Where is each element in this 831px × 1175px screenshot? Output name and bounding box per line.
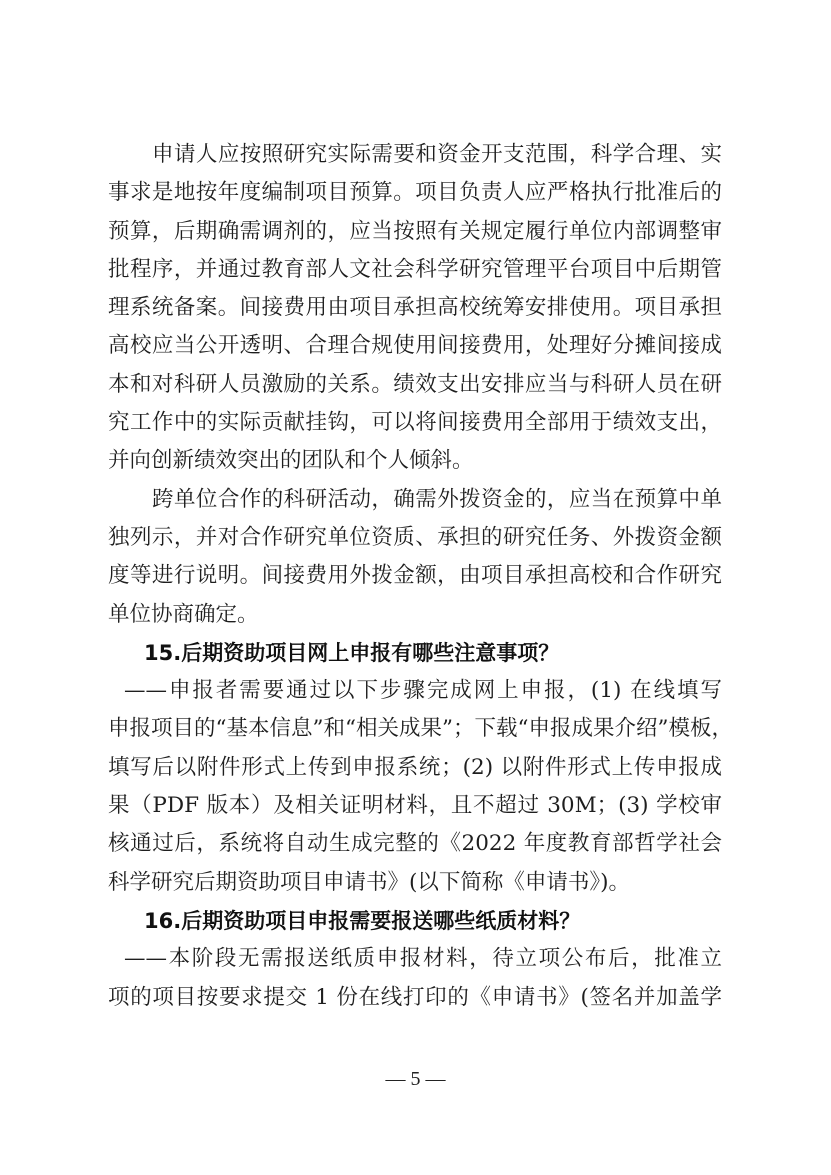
text-line: 理系统备案。间接费用由项目承担高校统筹安排使用。项目承担 [108,289,722,327]
text-line: 究工作中的实际贡献挂钩，可以将间接费用全部用于绩效支出， [108,404,722,442]
text-line: 申报项目的“基本信息”和“相关成果”；下载“申报成果介绍”模板， [108,710,722,748]
paragraph-cross-unit: 跨单位合作的科研活动，确需外拨资金的，应当在预算中单 独列示，并对合作研究单位资… [108,481,722,634]
answer-16: ——本阶段无需报送纸质申报材料，待立项公布后，批准立 项的项目按要求提交 1 份… [108,940,722,1017]
text-line: 项的项目按要求提交 1 份在线打印的《申请书》(签名并加盖学 [108,979,722,1017]
answer-15: ——申报者需要通过以下步骤完成网上申报，(1) 在线填写 申报项目的“基本信息”… [108,672,722,902]
text-line: ——本阶段无需报送纸质申报材料，待立项公布后，批准立 [108,940,722,978]
text-line: 批程序，并通过教育部人文社会科学研究管理平台项目中后期管 [108,251,722,289]
text-line: 高校应当公开透明、合理合规使用间接费用，处理好分摊间接成 [108,327,722,365]
page-number: — 5 — [0,1068,831,1091]
question-heading-15: 15.后期资助项目网上申报有哪些注意事项？ [108,634,722,672]
text-line: 独列示，并对合作研究单位资质、承担的研究任务、外拨资金额 [108,519,722,557]
text-line: 核通过后，系统将自动生成完整的《2022 年度教育部哲学社会 [108,825,722,863]
text-line: 科学研究后期资助项目申请书》(以下简称《申请书》)。 [108,864,722,902]
paragraph-budget: 申请人应按照研究实际需要和资金开支范围，科学合理、实 事求是地按年度编制项目预算… [108,136,722,481]
text-line: 预算，后期确需调剂的，应当按照有关规定履行单位内部调整审 [108,213,722,251]
text-line: 单位协商确定。 [108,596,722,634]
text-line: 申请人应按照研究实际需要和资金开支范围，科学合理、实 [108,136,722,174]
text-line: 填写后以附件形式上传到申报系统；(2) 以附件形式上传申报成 [108,749,722,787]
text-line: 本和对科研人员激励的关系。绩效支出安排应当与科研人员在研 [108,366,722,404]
question-heading-16: 16.后期资助项目申报需要报送哪些纸质材料？ [108,902,722,940]
text-line: 果（PDF 版本）及相关证明材料，且不超过 30M；(3) 学校审 [108,787,722,825]
text-line: 跨单位合作的科研活动，确需外拨资金的，应当在预算中单 [108,481,722,519]
text-line: 并向创新绩效突出的团队和个人倾斜。 [108,442,722,480]
text-line: 度等进行说明。间接费用外拨金额，由项目承担高校和合作研究 [108,557,722,595]
text-line: ——申报者需要通过以下步骤完成网上申报，(1) 在线填写 [108,672,722,710]
text-line: 事求是地按年度编制项目预算。项目负责人应严格执行批准后的 [108,174,722,212]
document-page: 申请人应按照研究实际需要和资金开支范围，科学合理、实 事求是地按年度编制项目预算… [108,136,722,1017]
